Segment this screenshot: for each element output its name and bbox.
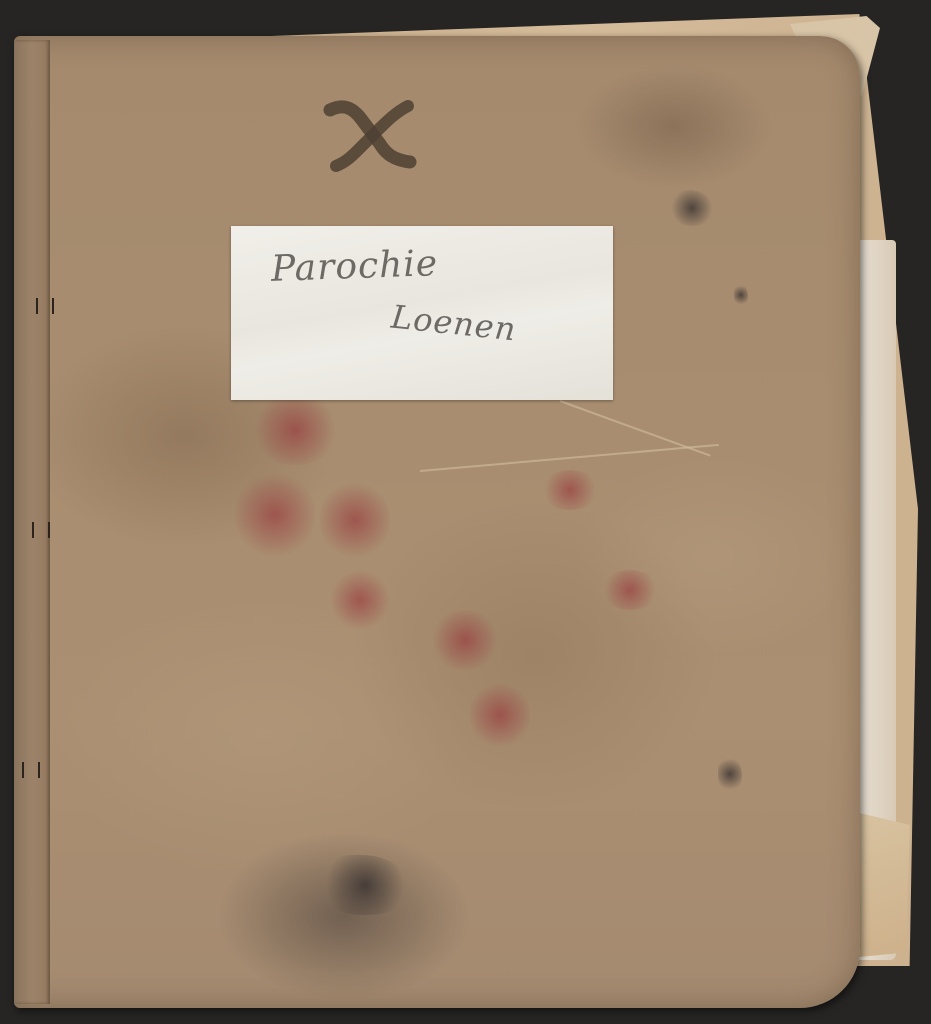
red-stain [540, 470, 600, 510]
x-mark-icon [322, 96, 418, 172]
hole [734, 284, 748, 306]
label-line-parish: Parochie [270, 243, 438, 290]
photo-scene: X Parochie Loenen [0, 0, 931, 1024]
red-stain [430, 610, 500, 670]
red-stain [235, 470, 315, 560]
red-stain [470, 680, 530, 750]
dark-stain [670, 190, 714, 226]
red-stain [250, 395, 340, 465]
red-stain [320, 480, 390, 560]
tie-hole [22, 762, 40, 778]
paper-label: Parochie Loenen [231, 226, 613, 400]
front-cover [14, 36, 860, 1008]
red-stain [600, 570, 660, 610]
red-stain [330, 570, 390, 630]
label-line-place: Loenen [389, 298, 518, 349]
hole [718, 756, 742, 792]
tie-hole [32, 522, 50, 538]
tie-hole [36, 298, 54, 314]
